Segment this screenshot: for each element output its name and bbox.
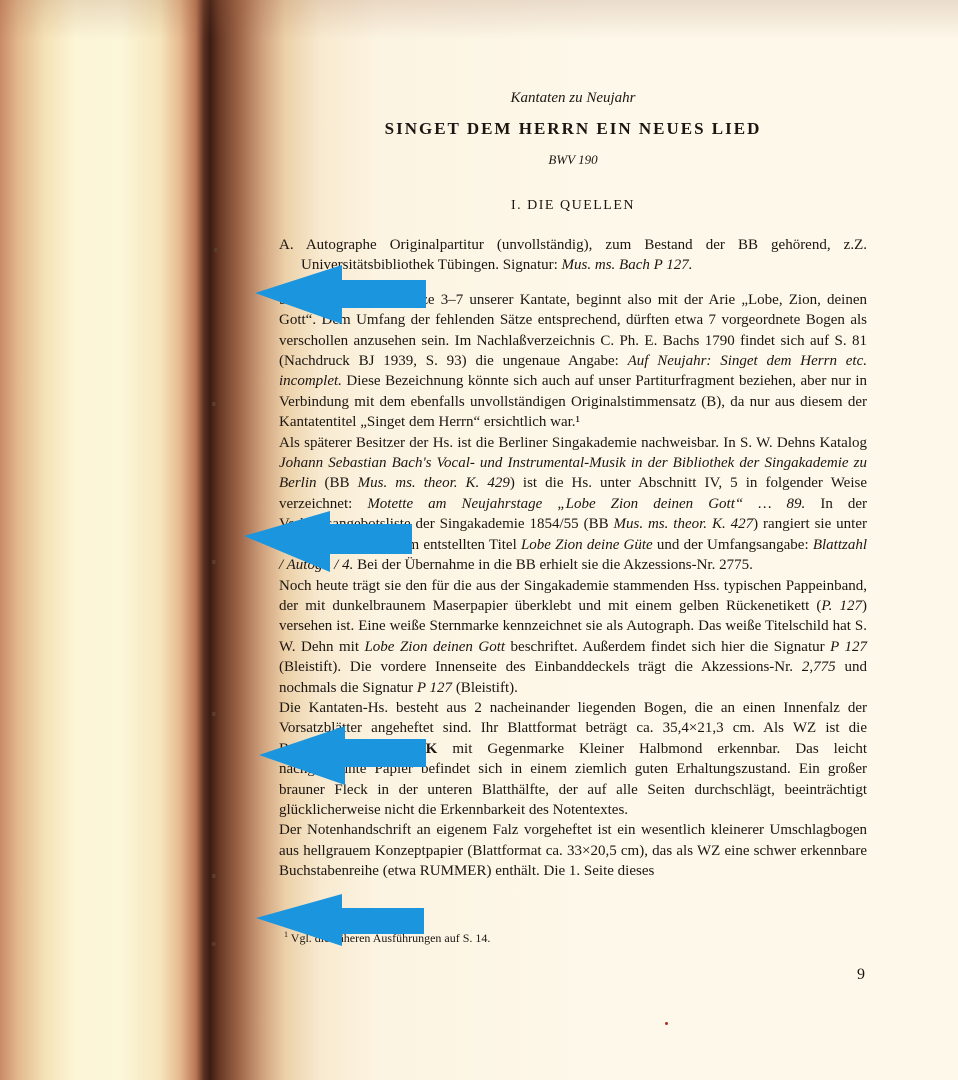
page-title: SINGET DEM HERRN EIN NEUES LIED [280, 119, 866, 139]
text-segment: Der Notenhandschrift an eigenem Falz vor… [279, 822, 867, 879]
text-segment: (Bleistift). [452, 680, 518, 696]
text-segment: 2,775 [802, 659, 836, 675]
bwv-number: BWV 190 [280, 152, 866, 168]
left-arrow-icon [252, 890, 432, 950]
ink-speck [665, 1022, 668, 1025]
paragraph: Der Notenhandschrift an eigenem Falz vor… [279, 820, 867, 881]
left-arrow-icon [250, 262, 430, 328]
text-segment: P 127 [830, 639, 867, 655]
text-segment: beschriftet. Außerdem findet sich hier d… [505, 639, 830, 655]
text-segment: P 127 [417, 680, 452, 696]
section-heading: I. DIE QUELLEN [280, 198, 866, 214]
left-arrow-icon [240, 510, 420, 576]
text-segment: und der Umfangsangabe: [653, 537, 813, 553]
text-segment: Noch heute trägt sie den für die aus der… [279, 578, 867, 614]
paragraph: Noch heute trägt sie den für die aus der… [279, 576, 867, 698]
text-segment: Mus. ms. Bach P 127. [562, 257, 693, 273]
text-segment: Als späterer Besitzer der Hs. ist die Be… [279, 435, 867, 451]
text-segment: Mus. ms. theor. K. 427 [613, 516, 753, 532]
book-page: Kantaten zu Neujahr SINGET DEM HERRN EIN… [0, 0, 958, 1080]
running-head: Kantaten zu Neujahr [280, 90, 866, 107]
text-segment: Mus. ms. theor. K. 429 [358, 475, 510, 491]
text-segment: Lobe Zion deinen Gott [364, 639, 505, 655]
page-number: 9 [857, 966, 865, 984]
left-arrow-icon [255, 721, 435, 787]
text-segment: (Bleistift). Die vordere Innenseite des … [279, 659, 802, 675]
text-segment: P. 127 [821, 598, 862, 614]
text-segment: Diese Bezeichnung könnte sich auch auf u… [279, 373, 867, 430]
text-segment: Motette am Neujahrstage „Lobe Zion deine… [367, 496, 805, 512]
text-segment: (BB [317, 475, 358, 491]
text-segment: Lobe Zion deine Güte [521, 537, 653, 553]
